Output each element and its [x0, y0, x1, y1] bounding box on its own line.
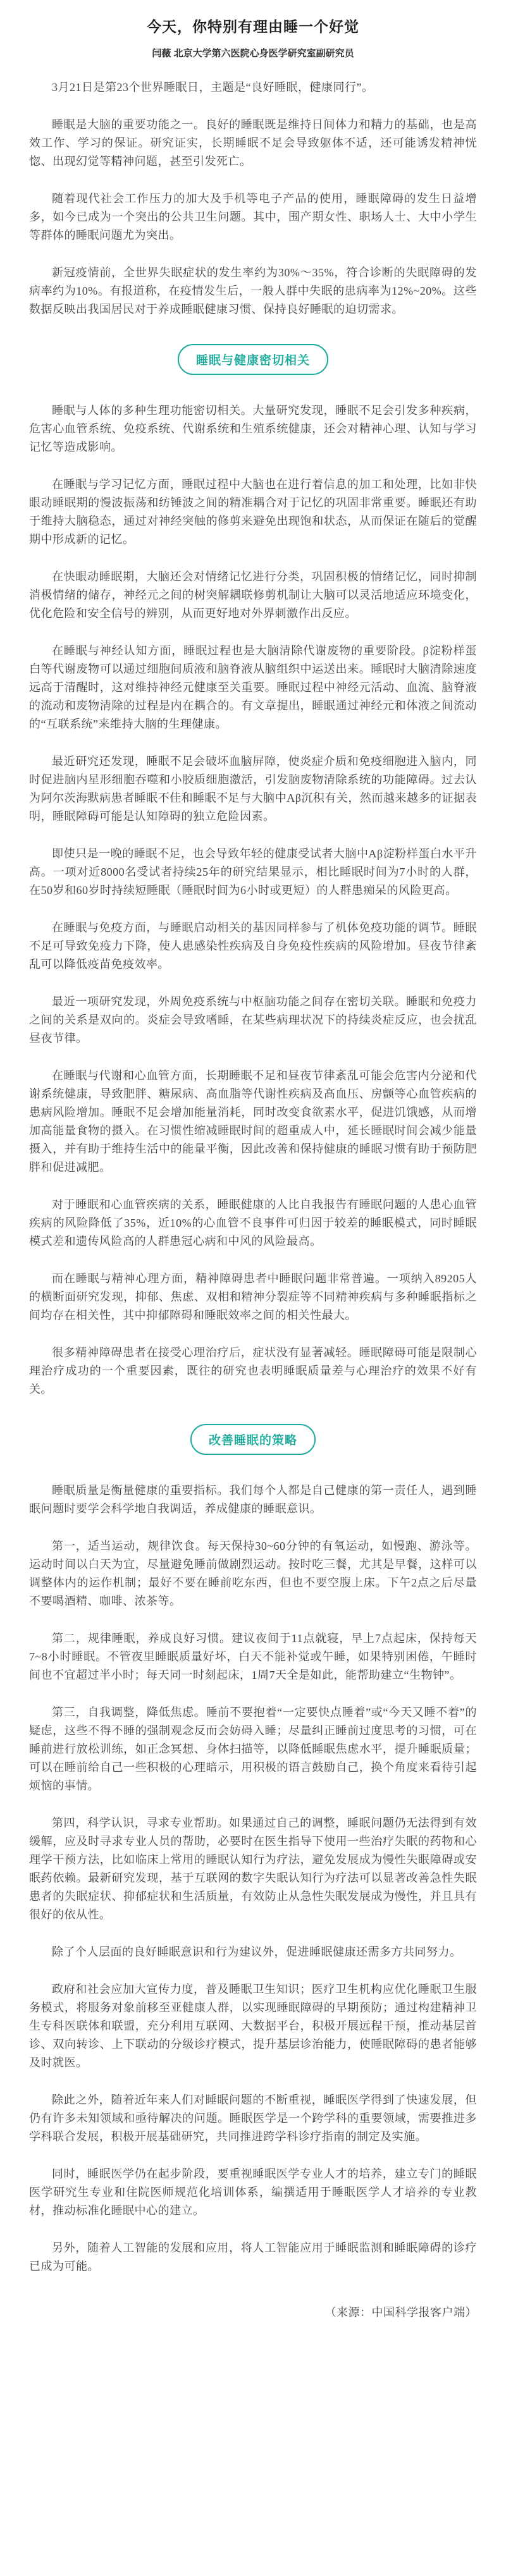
paragraph: 另外，随着人工智能的发展和应用，将人工智能应用于睡眠监测和睡眠障碍的诊疗已成为可…: [29, 2239, 477, 2276]
paragraph: 睡眠与人体的多种生理功能密切相关。大量研究发现，睡眠不足会引发多种疾病，危害心血…: [29, 402, 477, 457]
paragraph: 第三，自我调整，降低焦虑。睡前不要抱着“一定要快点睡着”或“今天又睡不着”的疑虑…: [29, 1703, 477, 1795]
byline: 闫薇 北京大学第六医院心身医学研究室副研究员: [29, 46, 477, 59]
paragraph: 而在睡眠与精神心理方面，精神障碍患者中睡眠问题非常普遍。一项纳入89205人的横…: [29, 1270, 477, 1325]
section-badge: 改善睡眠的策略: [190, 1424, 316, 1455]
paragraph: 除了个人层面的良好睡眠意识和行为建议外，促进睡眠健康还需多方共同努力。: [29, 1943, 477, 1961]
paragraph: 同时，睡眠医学仍在起步阶段，要重视睡眠医学专业人才的培养，建立专门的睡眠医学研究…: [29, 2165, 477, 2220]
paragraph: 对于睡眠和心血管疾病的关系，睡眠健康的人比自我报告有睡眠问题的人患心血管疾病的风…: [29, 1196, 477, 1251]
article-page: 今天，你特别有理由睡一个好觉 闫薇 北京大学第六医院心身医学研究室副研究员 3月…: [0, 0, 506, 2345]
article-body: 3月21日是第23个世界睡眠日，主题是“良好睡眠，健康同行”。睡眠是大脑的重要功…: [29, 78, 477, 2276]
paragraph: 在睡眠与神经认知方面，睡眠过程也是大脑清除代谢废物的重要阶段。β淀粉样蛋白等代谢…: [29, 642, 477, 733]
paragraph: 睡眠质量是衡量健康的重要指标。我们每个人都是自己健康的第一责任人，遇到睡眠问题时…: [29, 1481, 477, 1518]
paragraph: 政府和社会应加大宣传力度，普及睡眠卫生知识；医疗卫生机构应优化睡眠卫生服务模式，…: [29, 1980, 477, 2072]
paragraph: 第一，适当运动，规律饮食。每天保持30~60分钟的有氧运动，如慢跑、游泳等。运动…: [29, 1537, 477, 1610]
paragraph: 随着现代社会工作压力的加大及手机等电子产品的使用，睡眠障碍的发生日益增多，如今已…: [29, 190, 477, 245]
paragraph: 在快眼动睡眠期，大脑还会对情绪记忆进行分类，巩固积极的情绪记忆，同时抑制消极情绪…: [29, 568, 477, 623]
page-title: 今天，你特别有理由睡一个好觉: [29, 15, 477, 36]
paragraph: 除此之外，随着近年来人们对睡眠问题的不断重视，睡眠医学得到了快速发展，但仍有许多…: [29, 2091, 477, 2146]
paragraph: 最近一项研究发现，外周免疫系统与中枢脑功能之间存在密切关联。睡眠和免疫力之间的关…: [29, 993, 477, 1048]
paragraph: 3月21日是第23个世界睡眠日，主题是“良好睡眠，健康同行”。: [29, 78, 477, 97]
paragraph: 第四，科学认识，寻求专业帮助。如果通过自己的调整，睡眠问题仍无法得到有效缓解，应…: [29, 1814, 477, 1924]
paragraph: 睡眠是大脑的重要功能之一。良好的睡眠既是维持日间体力和精力的基础，也是高效工作、…: [29, 116, 477, 171]
paragraph: 在睡眠与免疫方面，与睡眠启动相关的基因同样参与了机体免疫功能的调节。睡眠不足可导…: [29, 919, 477, 974]
paragraph: 在睡眠与学习记忆方面，睡眠过程中大脑也在进行着信息的加工和处理，比如非快眼动睡眠…: [29, 475, 477, 549]
source-line: （来源：中国科学报客户端）: [29, 2303, 477, 2322]
paragraph: 即使只是一晚的睡眠不足，也会导致年轻的健康受试者大脑中Aβ淀粉样蛋白水平升高。一…: [29, 845, 477, 900]
section-badge: 睡眠与健康密切相关: [178, 344, 328, 375]
paragraph: 最近研究还发现，睡眠不足会破坏血脑屏障，使炎症介质和免疫细胞进入脑内，同时促进脑…: [29, 752, 477, 826]
paragraph: 第二，规律睡眠，养成良好习惯。建议夜间于11点就寝，早上7点起床，保持每天7~8…: [29, 1629, 477, 1684]
paragraph: 新冠疫情前，全世界失眠症状的发生率约为30%～35%，符合诊断的失眠障碍的发病率…: [29, 264, 477, 319]
paragraph: 在睡眠与代谢和心血管方面，长期睡眠不足和昼夜节律紊乱可能会危害内分泌和代谢系统健…: [29, 1067, 477, 1177]
paragraph: 很多精神障碍患者在接受心理治疗后，症状没有显著减轻。睡眠障碍可能是限制心理治疗成…: [29, 1344, 477, 1399]
